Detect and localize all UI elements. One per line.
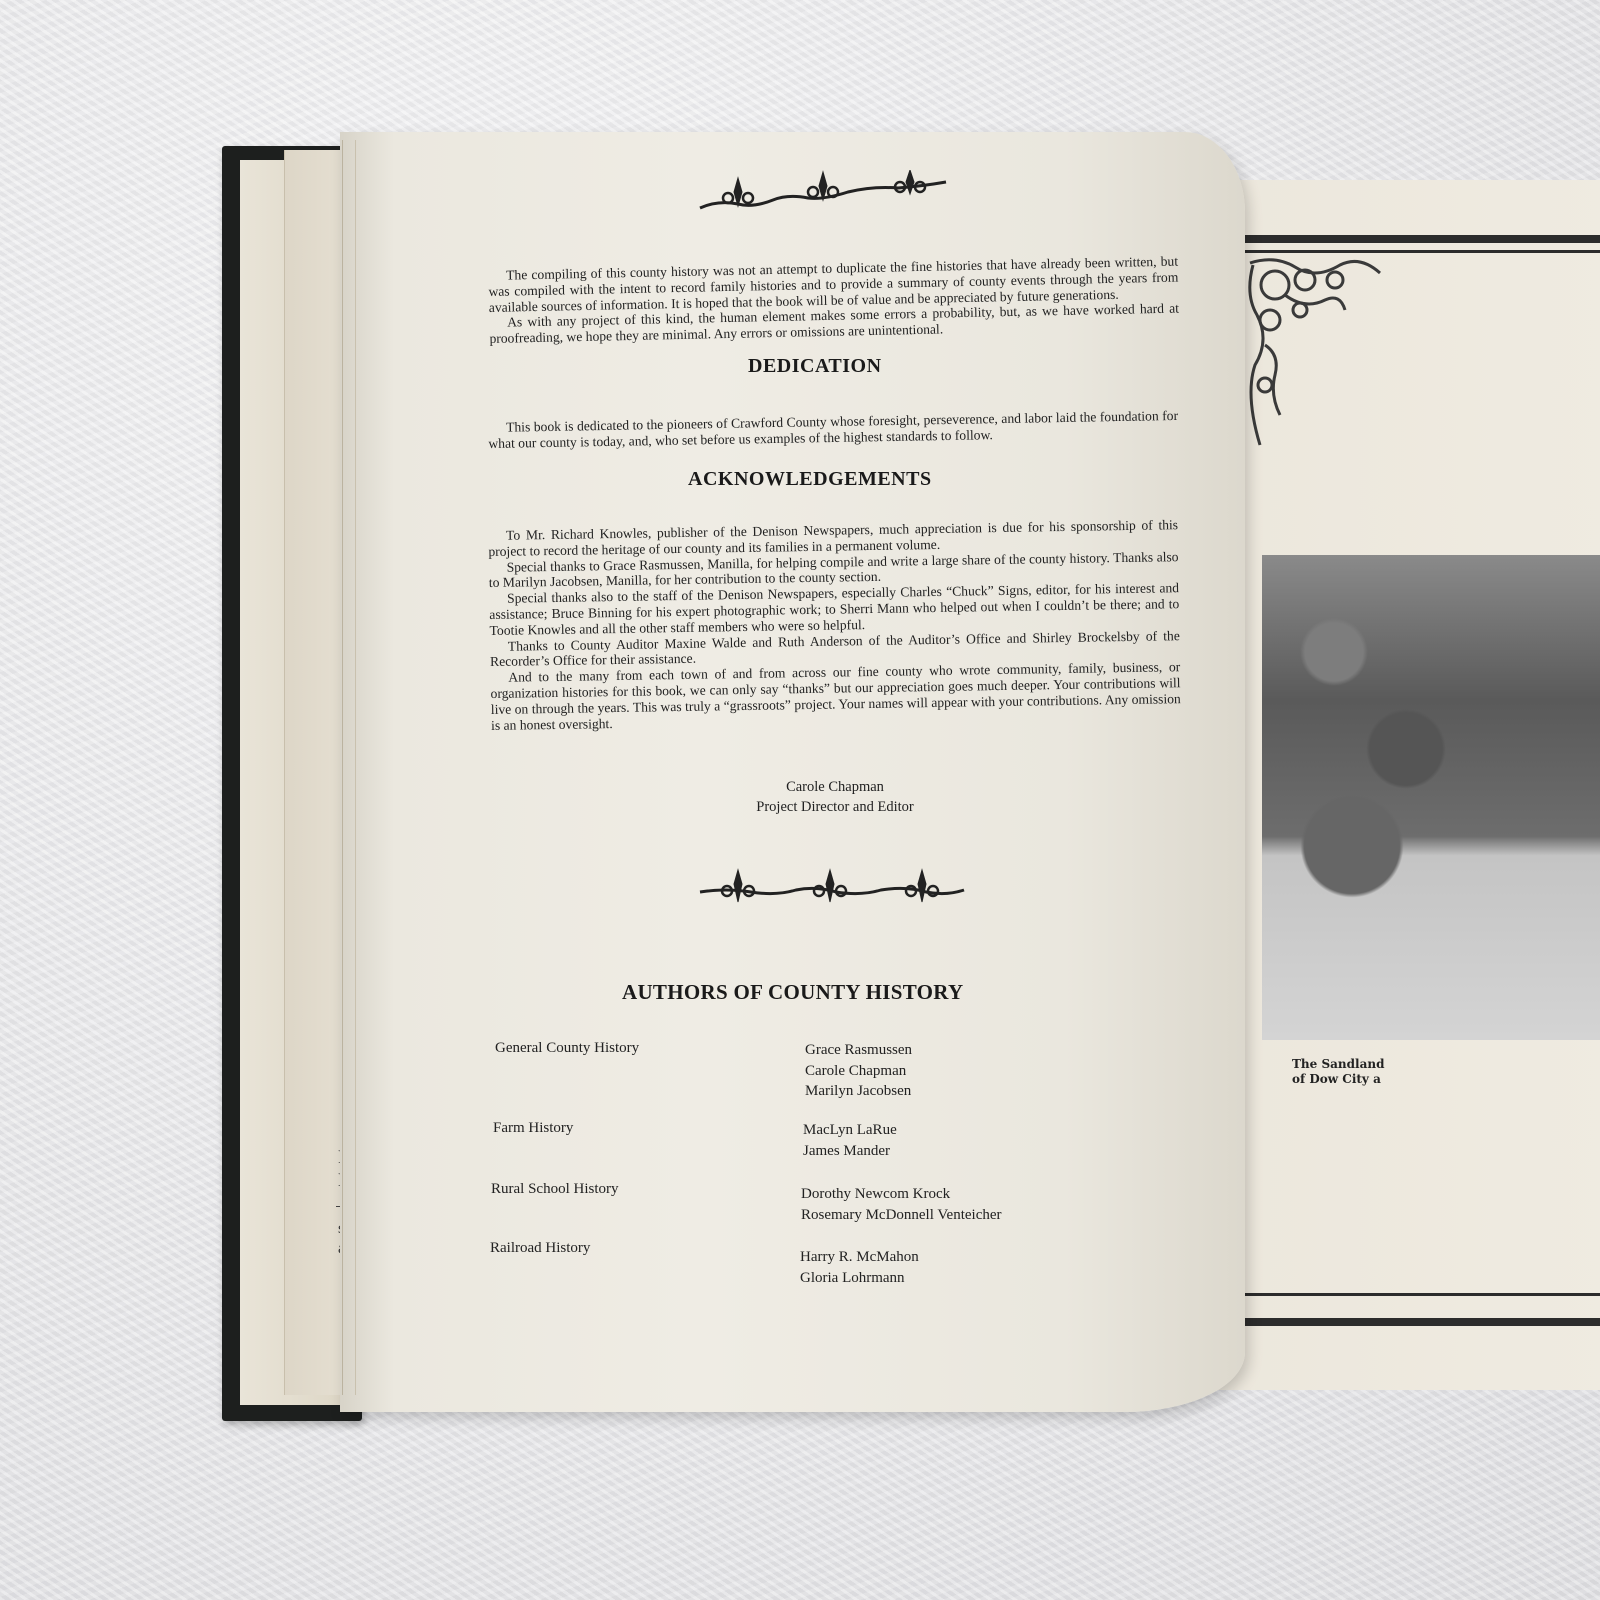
caption-line: The Sandland [1292, 1057, 1384, 1072]
caption-line: of Dow City a [1292, 1072, 1384, 1087]
scroll-ornament-icon [696, 868, 968, 910]
authors-heading: AUTHORS OF COUNTY HISTORY [622, 980, 963, 1005]
author-name: Marilyn Jacobsen [805, 1081, 1125, 1102]
author-names: Grace Rasmussen Carole Chapman Marilyn J… [805, 1040, 1125, 1102]
author-names: MacLyn LaRue James Mander [803, 1120, 1123, 1161]
dedication-heading: DEDICATION [748, 355, 882, 378]
acknowledgements-heading: ACKNOWLEDGEMENTS [688, 468, 932, 491]
author-name: James Mander [803, 1141, 1123, 1162]
author-names: Harry R. McMahon Gloria Lohrmann [800, 1247, 1120, 1288]
author-category: General County History [495, 1040, 639, 1057]
acknowledgements-text: To Mr. Richard Knowles, publisher of the… [488, 517, 1181, 733]
filigree-corner-icon [1245, 255, 1385, 455]
author-name: Dorothy Newcom Krock [801, 1184, 1121, 1205]
author-name: Rosemary McDonnell Venteicher [801, 1205, 1121, 1226]
author-category: Farm History [493, 1120, 573, 1137]
photo-caption: The Sandland of Dow City a [1292, 1057, 1384, 1087]
author-names: Dorothy Newcom Krock Rosemary McDonnell … [801, 1184, 1121, 1225]
signature-title: Project Director and Editor [700, 797, 970, 817]
page-edge [342, 140, 356, 1395]
author-name: Gloria Lohrmann [800, 1268, 1120, 1289]
signature: Carole Chapman Project Director and Edit… [700, 777, 970, 817]
scroll-ornament-icon [698, 170, 948, 218]
ack-paragraph: And to the many from each town of and fr… [490, 659, 1181, 733]
author-name: MacLyn LaRue [803, 1120, 1123, 1141]
signature-name: Carole Chapman [700, 777, 970, 797]
author-name: Grace Rasmussen [805, 1040, 1125, 1061]
author-name: Harry R. McMahon [800, 1247, 1120, 1268]
author-category: Rural School History [491, 1181, 619, 1198]
intro-text: The compiling of this county history was… [488, 254, 1180, 347]
author-category: Railroad History [490, 1240, 590, 1257]
author-name: Carole Chapman [805, 1061, 1125, 1082]
tree-photo [1262, 555, 1600, 1040]
